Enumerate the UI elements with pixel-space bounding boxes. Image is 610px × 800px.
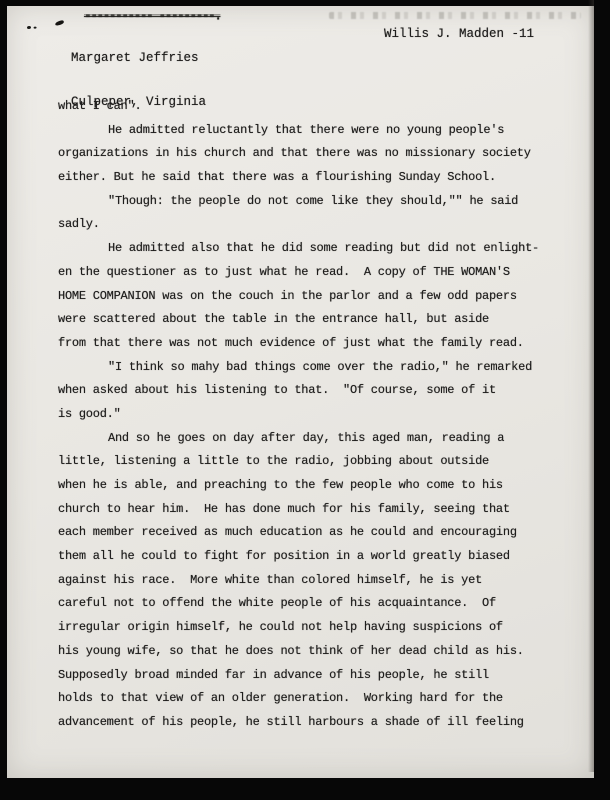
text-line: when asked about his listening to that. … — [58, 383, 568, 407]
scan-border-left — [0, 0, 7, 800]
text-line: church to hear him. He has done much for… — [58, 502, 568, 526]
text-line: is good." — [58, 407, 568, 431]
document-body: what I can".He admitted reluctantly that… — [58, 99, 568, 739]
scan-border-bottom — [0, 778, 610, 800]
text-line: each member received as much education a… — [58, 525, 568, 549]
text-line: his young wife, so that he does not thin… — [58, 644, 568, 668]
text-line: Supposedly broad minded far in advance o… — [58, 668, 568, 692]
text-line: "Though: the people do not come like the… — [58, 194, 568, 218]
text-line: en the questioner as to just what he rea… — [58, 265, 568, 289]
page-heading-right: Willis J. Madden -11 — [384, 27, 534, 41]
text-line: advancement of his people, he still harb… — [58, 715, 568, 739]
text-line: either. But he said that there was a flo… — [58, 170, 568, 194]
text-line: against his race. More white than colore… — [58, 573, 568, 597]
text-line: He admitted also that he did some readin… — [58, 241, 568, 265]
ink-smudge — [329, 12, 581, 19]
text-line: HOME COMPANION was on the couch in the p… — [58, 289, 568, 313]
text-line: He admitted reluctantly that there were … — [58, 123, 568, 147]
ink-mark — [27, 26, 31, 30]
text-line: irregular origin himself, he could not h… — [58, 620, 568, 644]
text-line: holds to that view of an older generatio… — [58, 691, 568, 715]
text-line: little, listening a little to the radio,… — [58, 454, 568, 478]
scan-border-right — [594, 0, 610, 800]
paper-sheet: ----------- ---------. Margaret Jeffries… — [7, 6, 594, 778]
text-line: careful not to offend the white people o… — [58, 596, 568, 620]
scan-border-top — [0, 0, 610, 6]
text-line: were scattered about the table in the en… — [58, 312, 568, 336]
text-line: "I think so mahy bad things come over th… — [58, 360, 568, 384]
text-line: organizations in his church and that the… — [58, 146, 568, 170]
text-line: when he is able, and preaching to the fe… — [58, 478, 568, 502]
scanned-document-page: ----------- ---------. Margaret Jeffries… — [0, 0, 610, 800]
text-line: sadly. — [58, 217, 568, 241]
text-line: And so he goes on day after day, this ag… — [58, 431, 568, 455]
text-line: from that there was not much evidence of… — [58, 336, 568, 360]
ink-mark — [55, 20, 65, 27]
text-line: what I can". — [58, 99, 568, 123]
byline-name: Margaret Jeffries — [71, 51, 206, 66]
text-line: them all he could to fight for position … — [58, 549, 568, 573]
